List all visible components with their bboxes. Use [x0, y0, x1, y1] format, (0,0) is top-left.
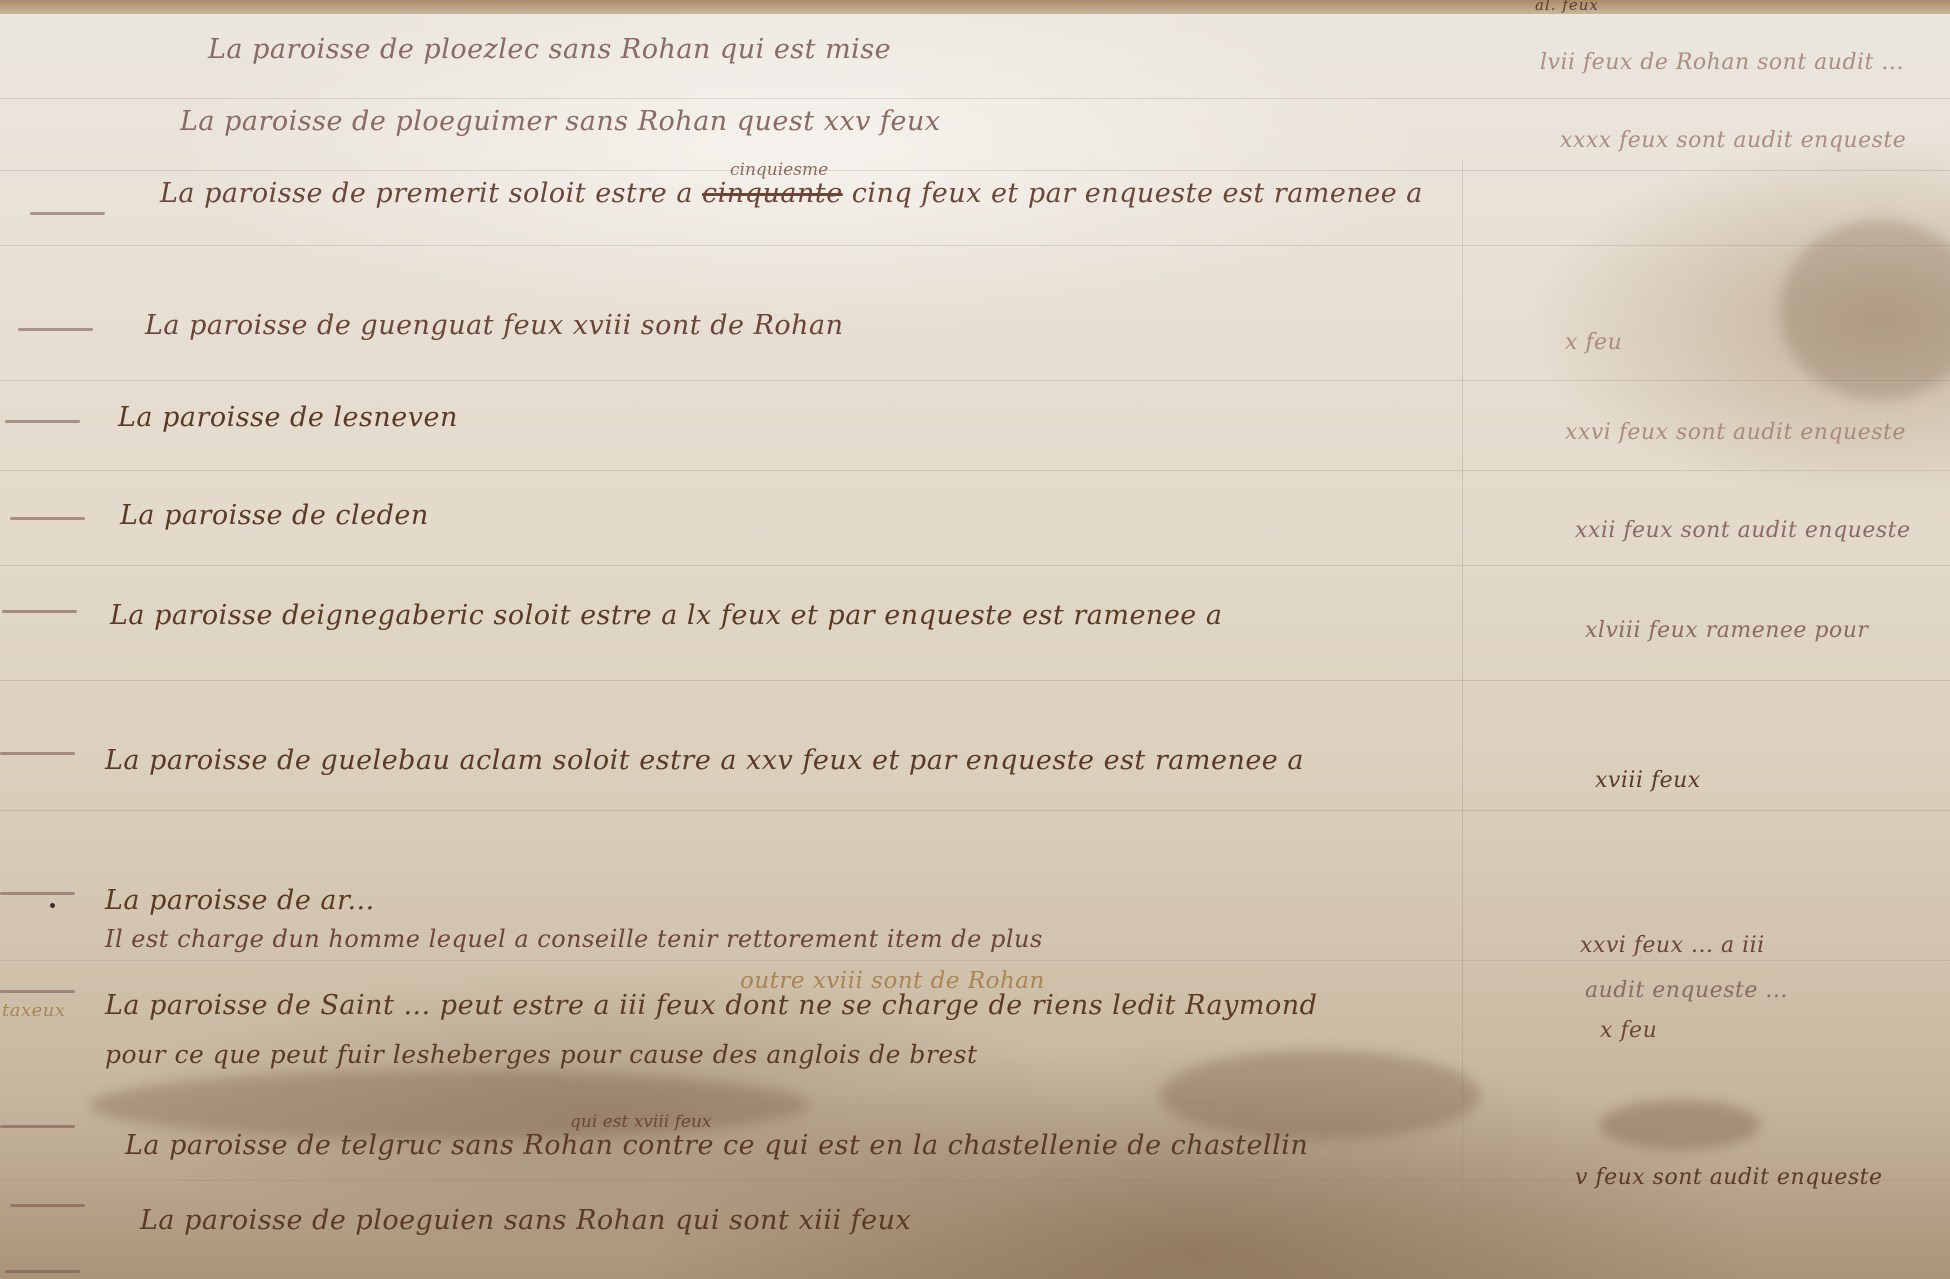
abraded-area [1160, 1050, 1480, 1140]
margin-tick [5, 420, 80, 423]
right-note-7: xviii feux [1595, 768, 1701, 793]
right-note-2: xxxx feux sont audit enqueste [1560, 128, 1906, 153]
ruled-line [0, 470, 1950, 471]
entry-ploeguien: La paroisse de ploeguien sans Rohan qui … [140, 1205, 911, 1236]
stain [1780, 220, 1950, 400]
ruled-line [0, 98, 1950, 99]
margin-tick [10, 517, 85, 520]
margin-tick [0, 752, 75, 755]
struck-word: cinquante [702, 178, 843, 209]
entry-ar: La paroisse de ar... [105, 885, 375, 916]
ruled-line [0, 680, 1950, 681]
right-note-3: x feu [1565, 330, 1622, 355]
entry-guelebau: La paroisse de guelebau aclam soloit est… [105, 745, 1304, 776]
entry-ar-note: Il est charge dun homme lequel a conseil… [105, 925, 1043, 953]
entry-premerit-end: cinq feux et par enqueste est ramenee a [843, 178, 1423, 209]
entry-ploeguimer: La paroisse de ploeguimer sans Rohan que… [180, 106, 941, 137]
margin-tick [0, 1125, 75, 1128]
margin-tick [5, 1270, 80, 1273]
margin-tick [30, 212, 105, 215]
ruled-line [0, 810, 1950, 811]
parchment-top-edge: al. feux [0, 0, 1950, 14]
right-note-11: v feux sont audit enqueste [1575, 1165, 1883, 1190]
ruled-line [0, 170, 1950, 171]
right-note-10: x feu [1600, 1018, 1657, 1043]
abraded-area [1600, 1100, 1760, 1150]
right-note-9: audit enqueste ... [1585, 978, 1788, 1003]
entry-saint-note: pour ce que peut fuir lesheberges pour c… [105, 1040, 978, 1069]
ruled-line [0, 960, 1950, 961]
right-note-4: xxvi feux sont audit enqueste [1565, 420, 1906, 445]
margin-tick [0, 990, 75, 993]
entry-ignegaberic: La paroisse deignegaberic soloit estre a… [110, 600, 1222, 631]
ruled-line [0, 565, 1950, 566]
entry-lesneven: La paroisse de lesneven [118, 402, 458, 433]
bullet-mark [50, 903, 55, 908]
left-margin-note: taxeux [2, 1000, 66, 1021]
interlinear-note-telgruc: qui est xviii feux [570, 1112, 712, 1132]
margin-tick [2, 610, 77, 613]
entry-saint: La paroisse de Saint ... peut estre a ii… [105, 990, 1317, 1021]
manuscript-page: al. feux taxeux La paroisse de ploezlec … [0, 0, 1950, 1279]
margin-tick [18, 328, 93, 331]
entry-premerit-start: La paroisse de premerit soloit estre a [160, 178, 702, 209]
entry-premerit: La paroisse de premerit soloit estre a c… [160, 178, 1423, 209]
entry-ploezlec: La paroisse de ploezlec sans Rohan qui e… [208, 34, 891, 65]
entry-telgruc: La paroisse de telgruc sans Rohan contre… [125, 1130, 1308, 1161]
right-note-6: xlviii feux ramenee pour [1585, 618, 1868, 643]
interlinear-correction: cinquiesme [730, 160, 828, 180]
right-note-8: xxvi feux ... a iii [1580, 933, 1765, 958]
top-edge-fragment: al. feux [1535, 0, 1599, 14]
entry-guenguat: La paroisse de guenguat feux xviii sont … [145, 310, 844, 341]
ruled-line [0, 245, 1950, 246]
ruled-line [0, 380, 1950, 381]
entry-cleden: La paroisse de cleden [120, 500, 429, 531]
margin-tick [10, 1204, 85, 1207]
right-note-5: xxii feux sont audit enqueste [1575, 518, 1911, 543]
right-note-1: lvii feux de Rohan sont audit ... [1540, 50, 1904, 75]
margin-tick [0, 892, 75, 895]
